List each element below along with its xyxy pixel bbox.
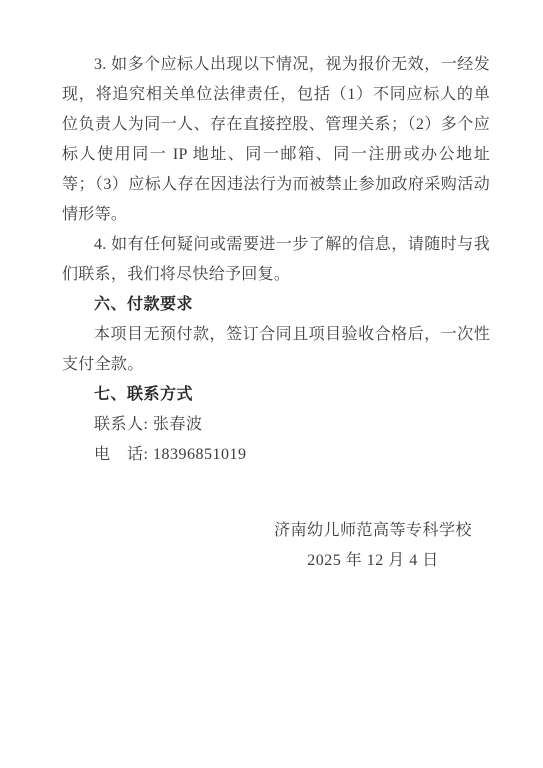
paragraph-payment-terms: 本项目无预付款，签订合同且项目验收合格后，一次性支付全款。 bbox=[62, 320, 490, 380]
signature-org: 济南幼儿师范高等专科学校 bbox=[274, 516, 472, 546]
paragraph-item-3: 3. 如多个应标人出现以下情况，视为报价无效，一经发现，将追究相关单位法律责任，… bbox=[62, 50, 490, 230]
document-content: 3. 如多个应标人出现以下情况，视为报价无效，一经发现，将追究相关单位法律责任，… bbox=[62, 50, 490, 576]
section-heading-contact: 七、联系方式 bbox=[62, 380, 490, 410]
signature-block: 济南幼儿师范高等专科学校 2025 年 12 月 4 日 bbox=[274, 516, 472, 576]
document-page: 3. 如多个应标人出现以下情况，视为报价无效，一经发现，将追究相关单位法律责任，… bbox=[0, 0, 543, 768]
section-heading-payment: 六、付款要求 bbox=[62, 290, 490, 320]
signature-date: 2025 年 12 月 4 日 bbox=[274, 546, 472, 576]
paragraph-item-4: 4. 如有任何疑问或需要进一步了解的信息，请随时与我们联系，我们将尽快给予回复。 bbox=[62, 230, 490, 290]
contact-person-line: 联系人: 张春波 bbox=[62, 410, 490, 440]
contact-phone-line: 电 话: 18396851019 bbox=[62, 440, 490, 470]
